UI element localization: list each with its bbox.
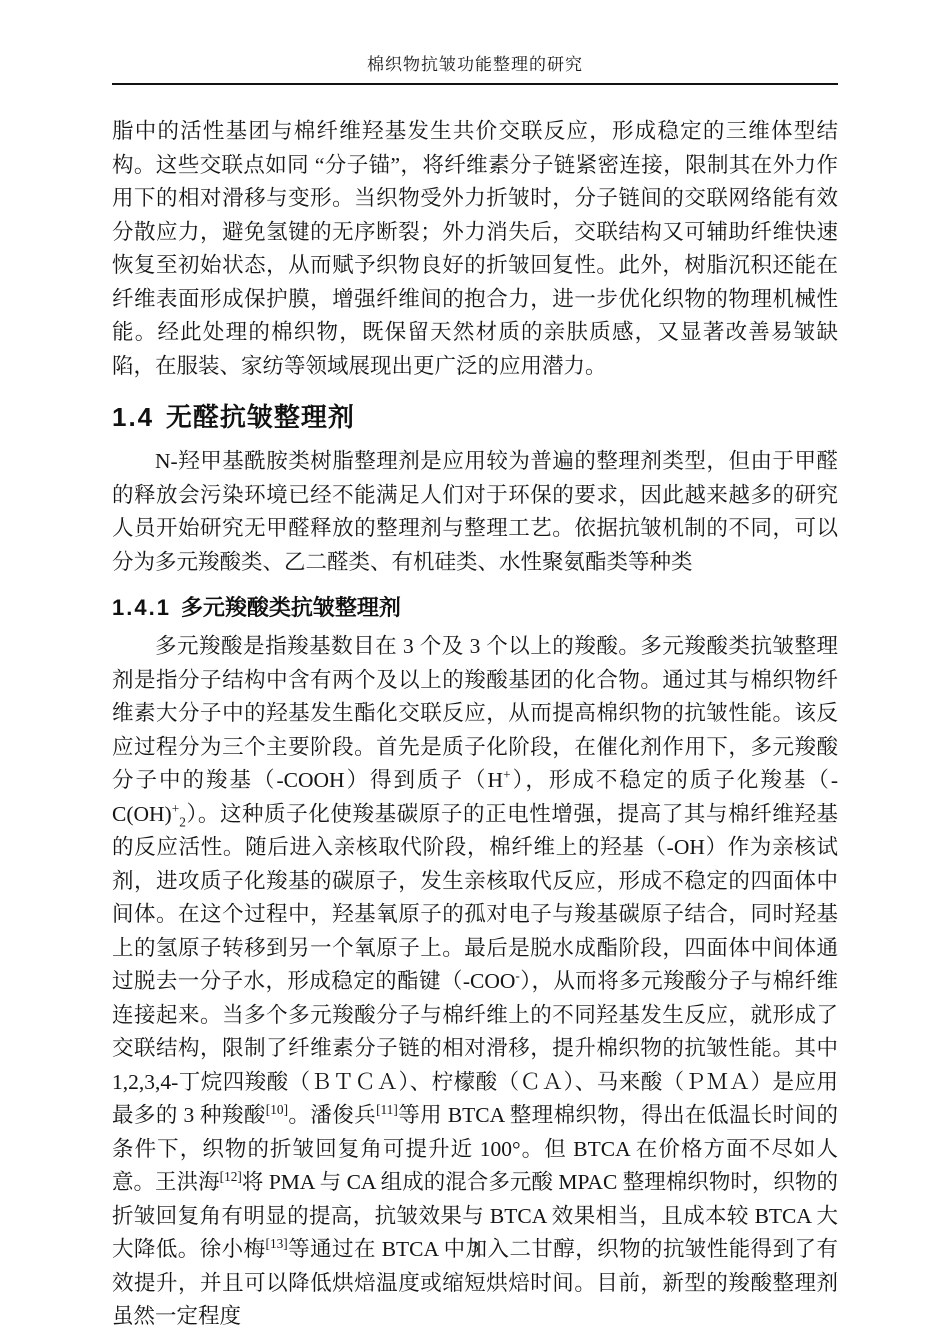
subsection-title: 多元羧酸类抗皱整理剂 xyxy=(181,595,401,620)
subsection-heading-1-4-1: 1.4.1多元羧酸类抗皱整理剂 xyxy=(112,592,838,624)
header-title: 棉织物抗皱功能整理的研究 xyxy=(112,52,838,78)
section-number: 1.4 xyxy=(112,402,154,432)
document-page: 棉织物抗皱功能整理的研究 脂中的活性基团与棉纤维羟基发生共价交联反应，形成稳定的… xyxy=(0,0,950,1344)
page-footer: 3 xyxy=(0,1239,950,1257)
paragraph-polycarboxylic-acid: 多元羧酸是指羧基数目在 3 个及 3 个以上的羧酸。多元羧酸类抗皱整理剂是指分子… xyxy=(112,630,838,1334)
section-title: 无醛抗皱整理剂 xyxy=(166,402,355,432)
page-content: 脂中的活性基团与棉纤维羟基发生共价交联反应，形成稳定的三维体型结构。这些交联点如… xyxy=(112,115,838,1334)
paragraph-formaldehyde-free: N-羟甲基酰胺类树脂整理剂是应用较为普遍的整理剂类型，但由于甲醛的释放会污染环境… xyxy=(112,445,838,579)
page-header: 棉织物抗皱功能整理的研究 xyxy=(112,0,838,85)
subsection-number: 1.4.1 xyxy=(112,595,171,620)
section-heading-1-4: 1.4无醛抗皱整理剂 xyxy=(112,398,838,436)
page-number: 3 xyxy=(471,1239,479,1256)
paragraph-resin-crosslink: 脂中的活性基团与棉纤维羟基发生共价交联反应，形成稳定的三维体型结构。这些交联点如… xyxy=(112,115,838,383)
